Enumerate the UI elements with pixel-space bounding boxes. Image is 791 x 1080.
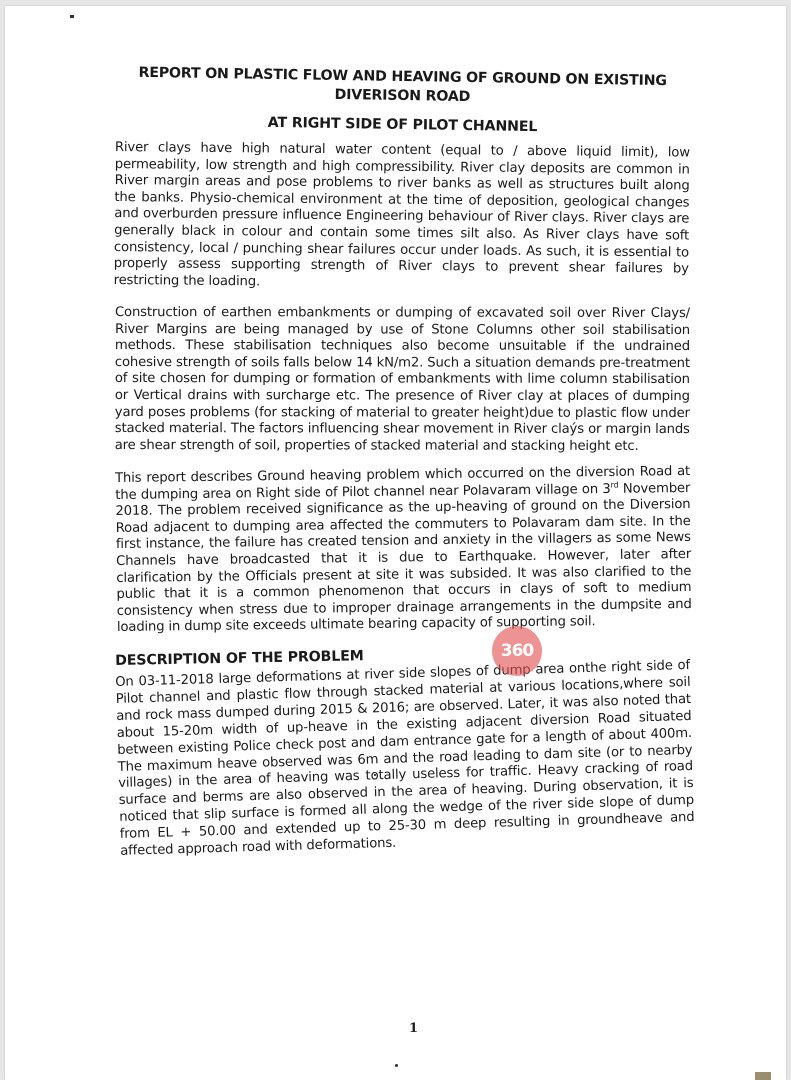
watermark-badge: 360 <box>492 626 542 676</box>
document-content: REPORT ON PLASTIC FLOW AND HEAVING OF GR… <box>115 68 690 877</box>
scan-speck <box>374 774 376 776</box>
paragraph-embankments: Construction of earthen embankments or d… <box>115 305 690 455</box>
page-corner-fold <box>755 1072 771 1080</box>
paragraph-text-before: This report describes Ground heaving pro… <box>115 464 690 503</box>
document-page: REPORT ON PLASTIC FLOW AND HEAVING OF GR… <box>5 6 786 1080</box>
document-subtitle: AT RIGHT SIDE OF PILOT CHANNEL <box>115 111 690 139</box>
page-number: 1 <box>409 1021 418 1036</box>
scan-speck <box>70 15 74 18</box>
paragraph-text-after: November 2018. The problem received sign… <box>115 480 691 635</box>
paragraph-river-clays: River clays have high natural water cont… <box>114 140 690 295</box>
paragraph-report-description: This report describes Ground heaving pro… <box>115 464 692 637</box>
scan-speck <box>395 1064 398 1067</box>
document-title: REPORT ON PLASTIC FLOW AND HEAVING OF GR… <box>115 63 691 110</box>
paragraph-problem-description: On 03-11-2018 large deformations at rive… <box>115 658 695 861</box>
